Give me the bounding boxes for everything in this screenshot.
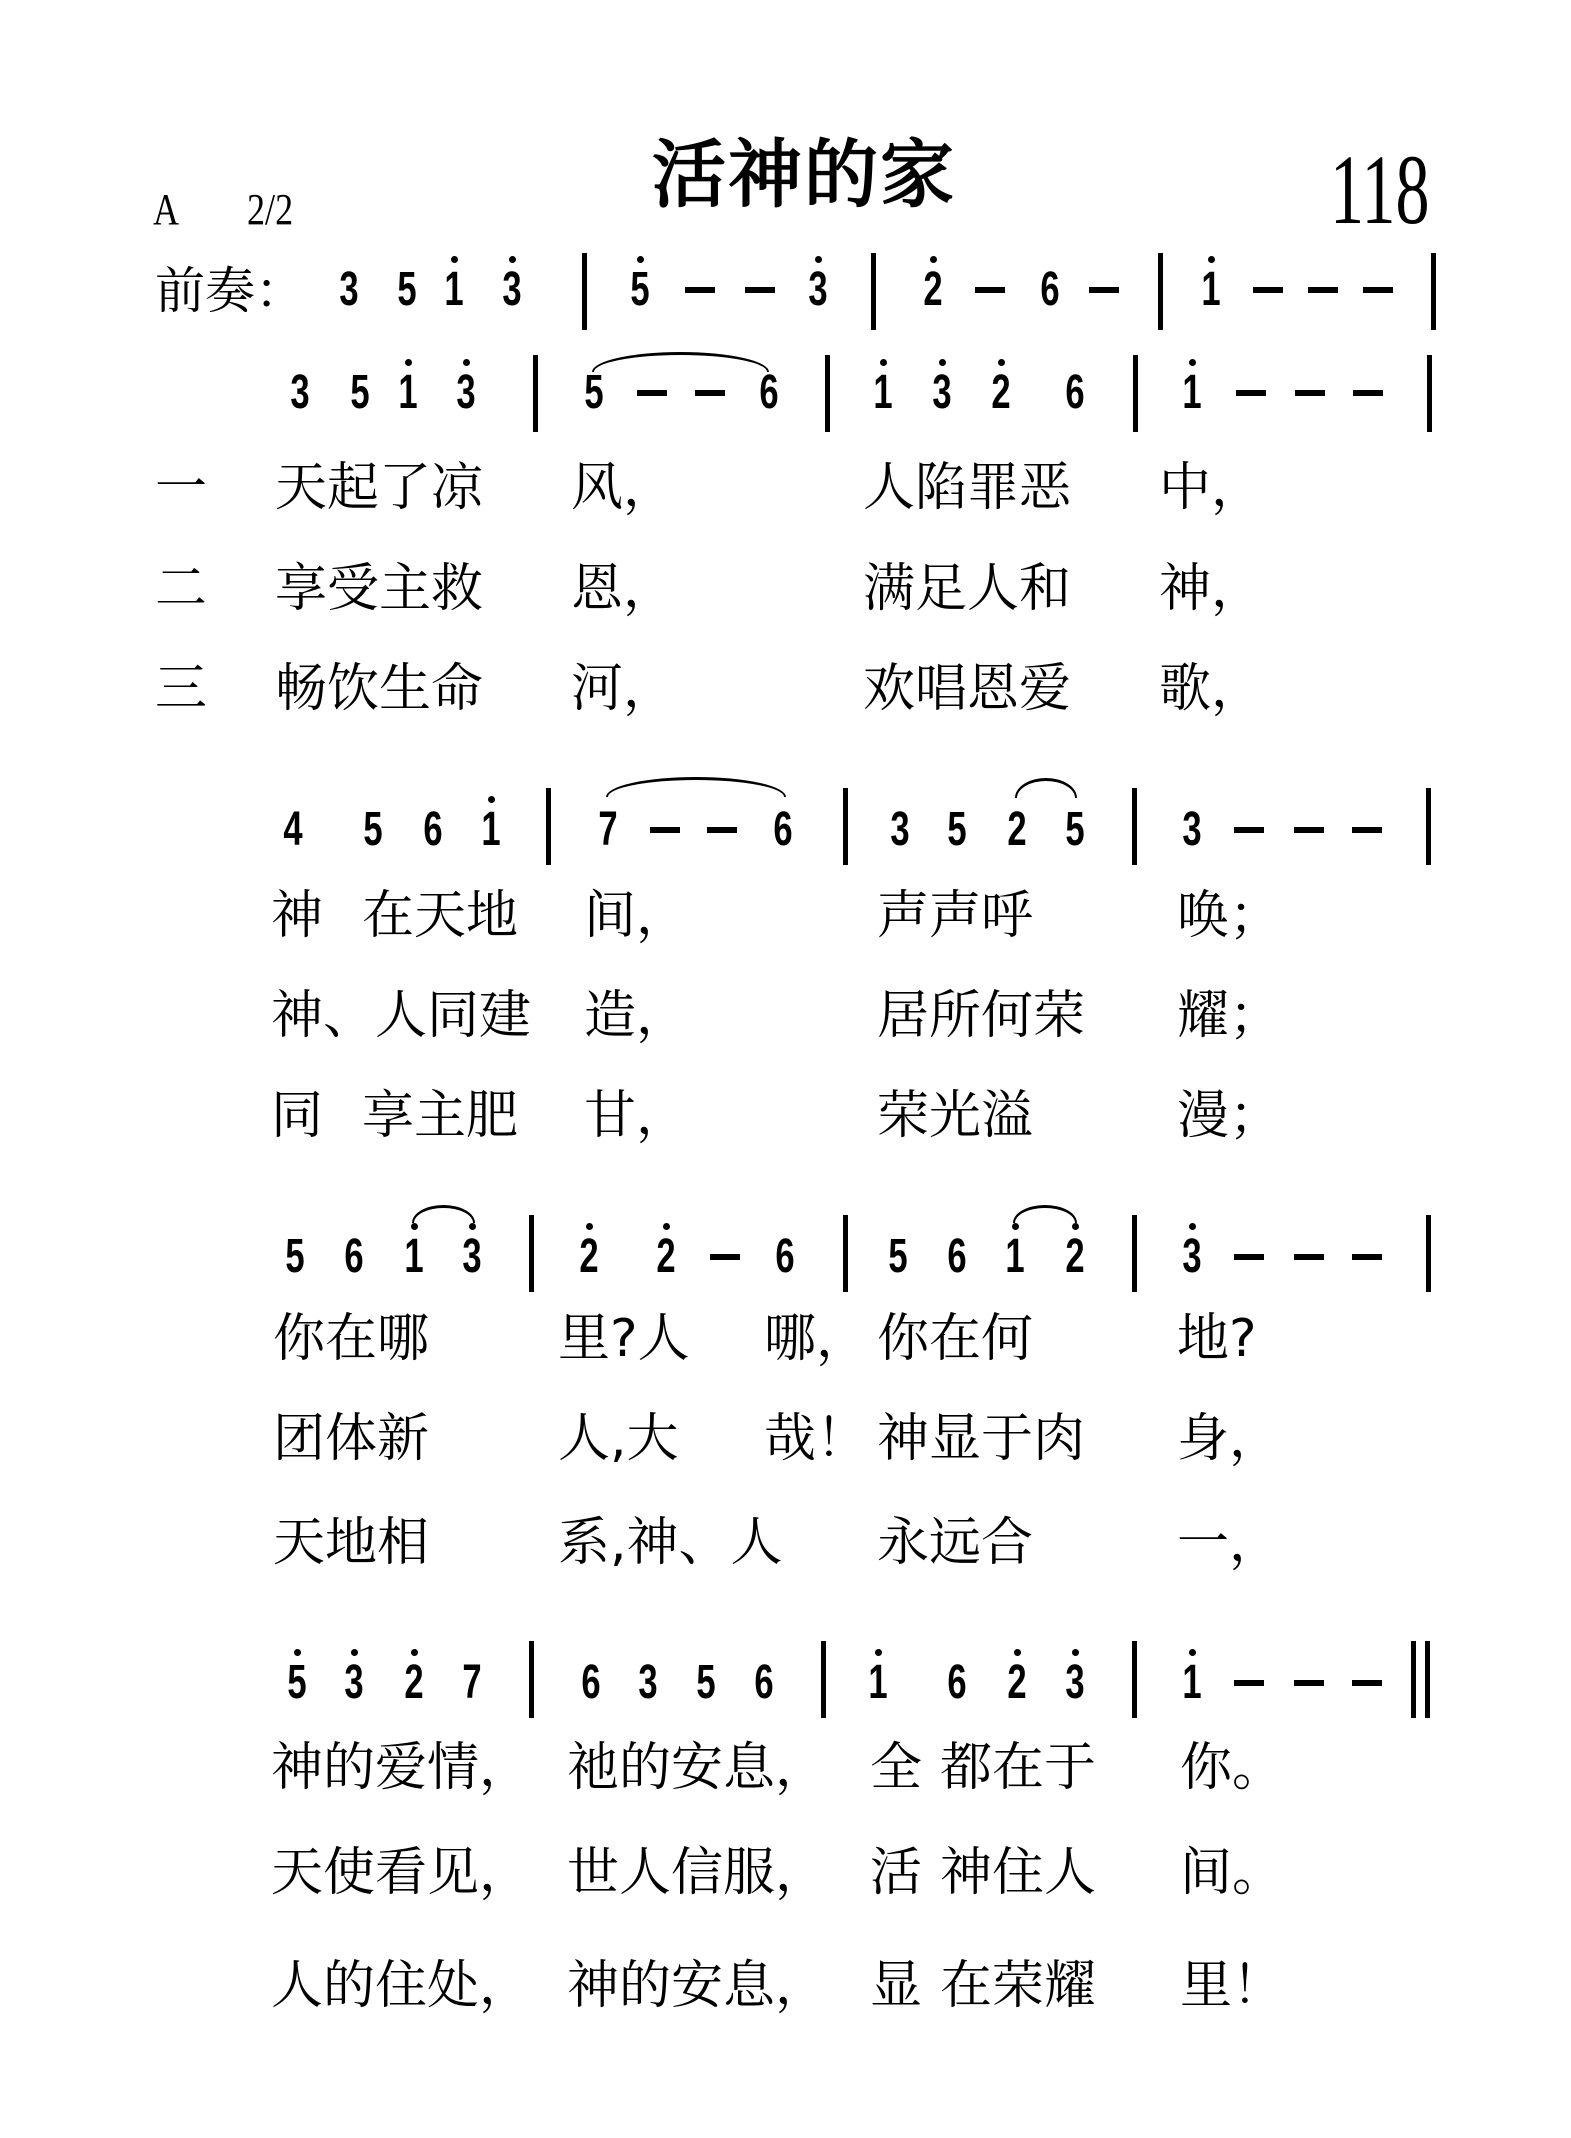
high-octave-dot-icon: [1208, 256, 1215, 263]
lyric-segment: 天使看见，: [271, 1847, 531, 1899]
barline: [843, 788, 848, 865]
note: 3: [1061, 1663, 1090, 1703]
note: 1: [1001, 1237, 1030, 1277]
high-octave-dot-icon: [351, 1649, 358, 1656]
barline: [821, 1641, 826, 1718]
note: 2: [575, 1237, 604, 1277]
sustain-dash: [685, 287, 715, 293]
note: 5: [580, 373, 609, 413]
lyric-segment: 风，: [571, 462, 675, 514]
sustain-dash: [1363, 287, 1393, 293]
sustain-dash: [637, 390, 667, 396]
high-octave-dot-icon: [405, 359, 412, 366]
lyric-segment: 哪，: [764, 1313, 868, 1365]
note: 1: [1197, 270, 1226, 310]
lyric-segment: 你。: [1180, 1742, 1284, 1794]
note: 6: [771, 1237, 800, 1277]
lyric-segment: 一，: [1177, 1517, 1281, 1569]
note: 6: [1036, 270, 1065, 310]
note: 5: [281, 1237, 310, 1277]
note: 4: [279, 810, 308, 850]
note: 3: [335, 270, 364, 310]
high-octave-dot-icon: [1189, 1649, 1196, 1656]
lyric-segment: 漫；: [1177, 1090, 1281, 1142]
lyric-segment: 你在何: [877, 1313, 1033, 1365]
lyric-segment: 享主肥: [362, 1090, 518, 1142]
sustain-dash: [1294, 827, 1324, 833]
high-octave-dot-icon: [411, 1649, 418, 1656]
barline: [1132, 1641, 1137, 1718]
lyric-segment: 神的安息，: [567, 1960, 827, 2012]
sustain-dash: [1352, 827, 1382, 833]
lyric-segment: 间，: [584, 890, 688, 942]
note: 3: [928, 373, 957, 413]
high-octave-dot-icon: [509, 256, 516, 263]
note: 2: [1061, 1237, 1090, 1277]
sustain-dash: [1295, 390, 1325, 396]
note: 5: [692, 1663, 721, 1703]
barline: [1132, 788, 1137, 865]
note: 1: [394, 373, 423, 413]
sustain-dash: [1234, 1254, 1264, 1260]
lyric-segment: 荣光溢: [877, 1090, 1033, 1142]
lyric-segment: 耀；: [1177, 990, 1281, 1042]
sustain-dash: [1308, 287, 1338, 293]
barline: [533, 355, 538, 432]
sustain-dash: [1294, 1680, 1324, 1686]
lyric-segment: 享受主救: [275, 563, 483, 615]
note: 3: [634, 1663, 663, 1703]
lyric-segment: 神的爱情，: [271, 1742, 531, 1794]
sustain-dash: [1353, 390, 1383, 396]
note: 2: [1003, 1663, 1032, 1703]
note: 3: [804, 270, 833, 310]
lyric-segment: 祂的安息，: [567, 1742, 827, 1794]
note: 3: [498, 270, 527, 310]
lyric-segment: 神、人同建: [271, 990, 531, 1042]
note: 7: [594, 810, 623, 850]
lyric-segment: 中，: [1159, 462, 1263, 514]
sustain-dash: [1234, 1680, 1264, 1686]
lyric-segment: 欢唱恩爱: [863, 663, 1071, 715]
high-octave-dot-icon: [930, 256, 937, 263]
sustain-dash: [1352, 1254, 1382, 1260]
high-octave-dot-icon: [469, 1223, 476, 1230]
note: 5: [283, 1663, 312, 1703]
lyric-segment: 神: [271, 890, 323, 942]
note: 3: [340, 1663, 369, 1703]
barline: [1133, 355, 1138, 432]
lyric-segment: 天起了凉: [275, 462, 483, 514]
lyric-segment: 恩，: [571, 563, 675, 615]
note: 5: [626, 270, 655, 310]
barline: [1425, 1641, 1430, 1718]
sustain-dash: [1236, 390, 1266, 396]
note: 1: [400, 1237, 429, 1277]
note: 1: [477, 810, 506, 850]
lyric-segment: 神，: [1159, 563, 1263, 615]
high-octave-dot-icon: [463, 359, 470, 366]
high-octave-dot-icon: [998, 359, 1005, 366]
slur-icon: [1015, 778, 1077, 798]
lyric-segment: 甘，: [584, 1090, 688, 1142]
lyric-segment: 间。: [1180, 1847, 1284, 1899]
note: 3: [452, 373, 481, 413]
note: 6: [755, 373, 784, 413]
note: 6: [1061, 373, 1090, 413]
lyric-segment: 里！: [1180, 1960, 1284, 2012]
lyric-segment: 活: [870, 1847, 922, 1899]
high-octave-dot-icon: [875, 1649, 882, 1656]
note: 1: [869, 373, 898, 413]
lyric-segment: 河，: [571, 663, 675, 715]
high-octave-dot-icon: [1189, 1223, 1196, 1230]
sustain-dash: [650, 827, 680, 833]
high-octave-dot-icon: [586, 1223, 593, 1230]
high-octave-dot-icon: [939, 359, 946, 366]
barline: [1427, 355, 1432, 432]
page-number: 118: [1330, 140, 1429, 240]
high-octave-dot-icon: [1072, 1223, 1079, 1230]
note: 6: [340, 1237, 369, 1277]
time-signature: 2/2: [247, 188, 293, 232]
note: 5: [393, 270, 422, 310]
lyric-segment: 神住人: [940, 1847, 1096, 1899]
sustain-dash: [695, 390, 725, 396]
lyric-segment: 哉！: [764, 1413, 868, 1465]
note: 6: [750, 1663, 779, 1703]
key-signature: A: [153, 188, 179, 232]
note: 5: [884, 1237, 913, 1277]
barline: [1426, 1215, 1431, 1292]
lyric-segment: 声声呼: [877, 890, 1033, 942]
lyric-segment: 造，: [584, 990, 688, 1042]
note: 3: [886, 810, 915, 850]
lyric-segment: 世人信服，: [567, 1847, 827, 1899]
note: 1: [440, 270, 469, 310]
high-octave-dot-icon: [1072, 1649, 1079, 1656]
lyric-segment: 天地相: [273, 1517, 429, 1569]
barline: [871, 253, 876, 330]
note: 2: [919, 270, 948, 310]
high-octave-dot-icon: [411, 1223, 418, 1230]
note: 3: [458, 1237, 487, 1277]
sustain-dash: [707, 827, 737, 833]
lyric-segment: 神显于肉: [877, 1413, 1085, 1465]
note: 6: [943, 1663, 972, 1703]
note: 1: [1178, 373, 1207, 413]
verse-number: 三: [155, 663, 207, 715]
sustain-dash: [1352, 1680, 1382, 1686]
high-octave-dot-icon: [451, 256, 458, 263]
lyric-segment: 畅饮生命: [275, 663, 483, 715]
barline: [546, 788, 551, 865]
sustain-dash: [1234, 827, 1264, 833]
note: 6: [769, 810, 798, 850]
lyric-segment: 地?: [1177, 1313, 1257, 1365]
note: 7: [458, 1663, 487, 1703]
intro-label: 前奏：: [155, 266, 305, 316]
slur-icon: [606, 777, 786, 797]
barline: [1431, 253, 1436, 330]
barline: [843, 1215, 848, 1292]
high-octave-dot-icon: [663, 1223, 670, 1230]
lyric-segment: 歌，: [1159, 663, 1263, 715]
lyric-segment: 在荣耀: [940, 1960, 1096, 2012]
lyric-segment: 人的住处，: [271, 1960, 531, 2012]
note: 3: [286, 373, 315, 413]
lyric-segment: 系,神、人: [558, 1517, 783, 1569]
barline: [529, 1641, 534, 1718]
high-octave-dot-icon: [488, 796, 495, 803]
lyric-segment: 人陷罪恶: [863, 462, 1071, 514]
high-octave-dot-icon: [1014, 1649, 1021, 1656]
lyric-segment: 都在于: [940, 1742, 1096, 1794]
sustain-dash: [745, 287, 775, 293]
barline: [1411, 1641, 1416, 1718]
note: 1: [1178, 1663, 1207, 1703]
note: 5: [943, 810, 972, 850]
note: 5: [359, 810, 388, 850]
lyric-segment: 你在哪: [273, 1313, 429, 1365]
note: 6: [577, 1663, 606, 1703]
lyric-segment: 人,大: [558, 1413, 679, 1465]
slur-icon: [1013, 1205, 1077, 1223]
lyric-segment: 团体新: [273, 1413, 429, 1465]
note: 6: [943, 1237, 972, 1277]
note: 1: [864, 1663, 893, 1703]
lyric-segment: 满足人和: [863, 563, 1071, 615]
note: 2: [652, 1237, 681, 1277]
slur-icon: [412, 1205, 475, 1223]
barline: [582, 253, 587, 330]
sustain-dash: [1294, 1254, 1324, 1260]
sustain-dash: [1253, 287, 1283, 293]
high-octave-dot-icon: [294, 1649, 301, 1656]
note: 6: [419, 810, 448, 850]
note: 2: [1003, 810, 1032, 850]
sustain-dash: [710, 1254, 740, 1260]
high-octave-dot-icon: [880, 359, 887, 366]
lyric-segment: 里?人: [558, 1313, 690, 1365]
lyric-segment: 同: [271, 1090, 323, 1142]
lyric-segment: 显: [870, 1960, 922, 2012]
high-octave-dot-icon: [815, 256, 822, 263]
high-octave-dot-icon: [637, 256, 644, 263]
barline: [1132, 1215, 1137, 1292]
barline: [825, 355, 830, 432]
high-octave-dot-icon: [1012, 1223, 1019, 1230]
sustain-dash: [1089, 287, 1119, 293]
lyric-segment: 居所何荣: [877, 990, 1085, 1042]
note: 3: [1178, 810, 1207, 850]
lyric-segment: 全: [870, 1742, 922, 1794]
lyric-segment: 在天地: [362, 890, 518, 942]
sustain-dash: [975, 287, 1005, 293]
lyric-segment: 身，: [1177, 1413, 1281, 1465]
slur-icon: [592, 352, 769, 372]
barline: [1158, 253, 1163, 330]
lyric-segment: 永远合: [877, 1517, 1033, 1569]
lyric-segment: 唤；: [1177, 890, 1281, 942]
note: 2: [987, 373, 1016, 413]
note: 5: [346, 373, 375, 413]
verse-number: 二: [155, 563, 207, 615]
barline: [529, 1215, 534, 1292]
note: 2: [400, 1663, 429, 1703]
note: 3: [1178, 1237, 1207, 1277]
barline: [1426, 788, 1431, 865]
page-title: 活神的家: [652, 138, 956, 212]
verse-number: 一: [155, 462, 207, 514]
high-octave-dot-icon: [1189, 359, 1196, 366]
note: 5: [1061, 810, 1090, 850]
